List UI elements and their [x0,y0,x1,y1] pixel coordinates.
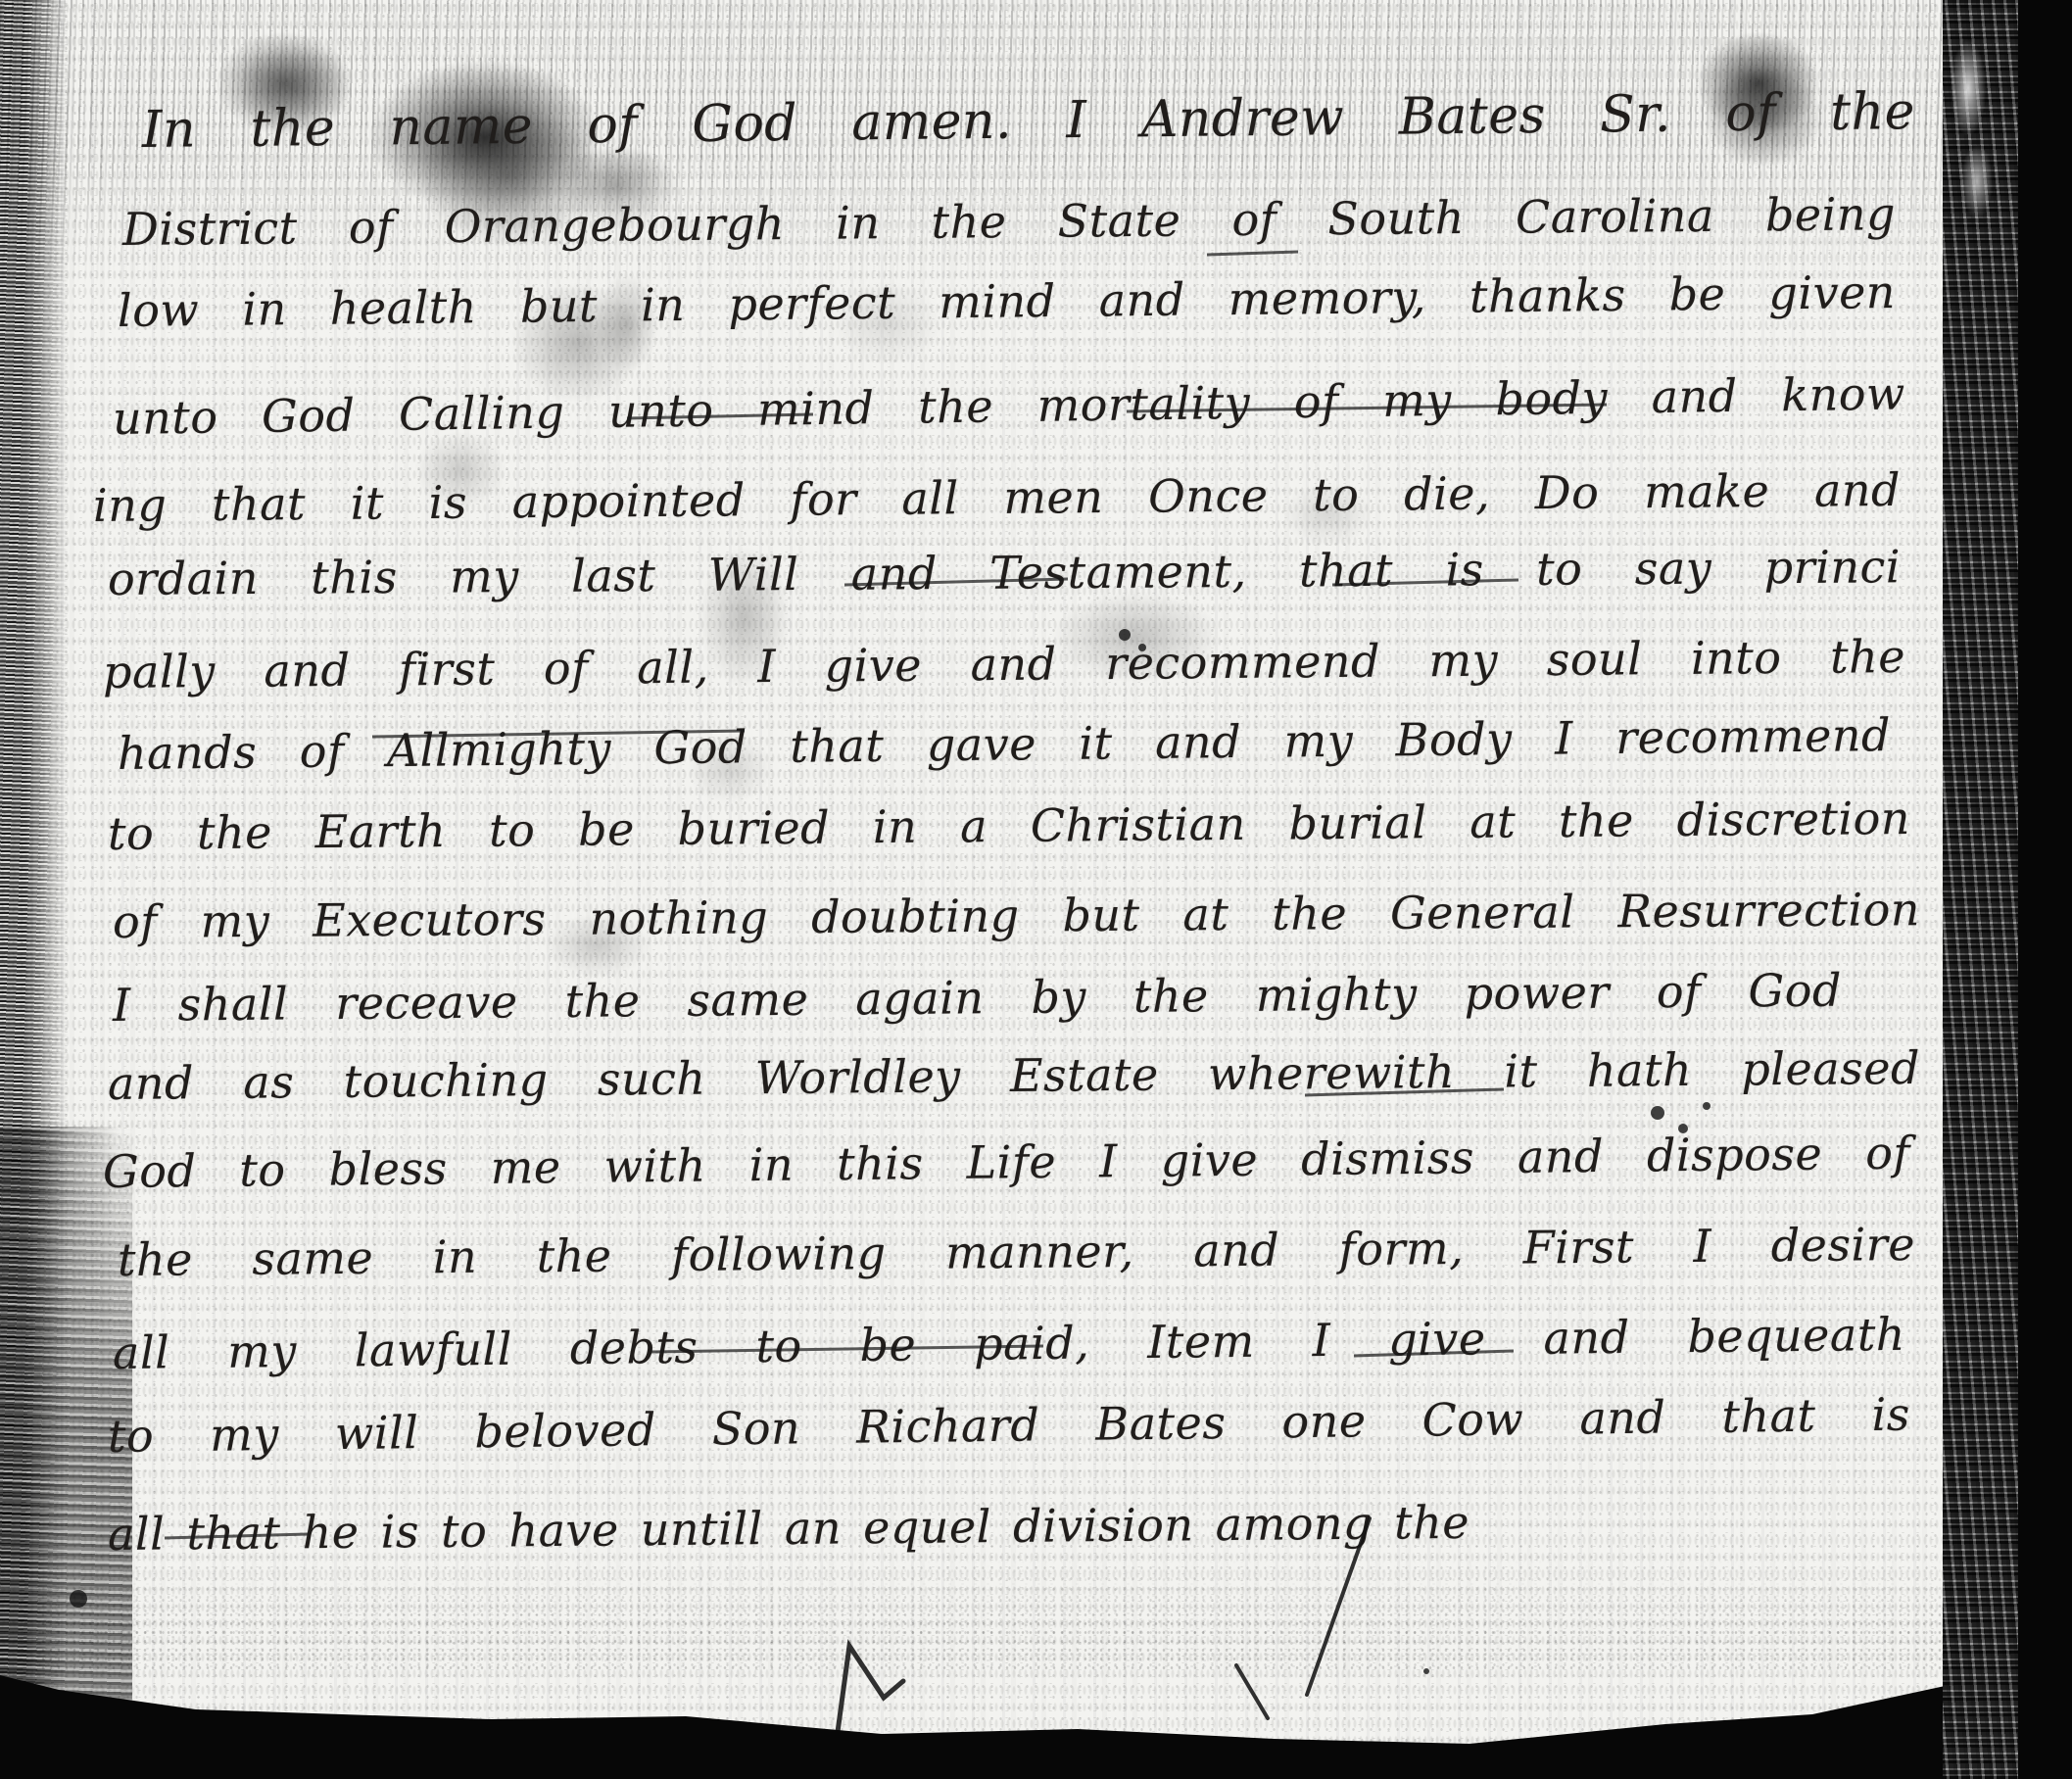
manuscript-line: to the Earth to be buried in a Christian… [108,790,1910,864]
manuscript-line: the same in the following manner, and fo… [118,1216,1915,1290]
manuscript-line: District of Orangebourgh in the State of… [122,185,1896,260]
manuscript-line: all that he is to have untill an equel d… [108,1494,1470,1564]
slash-ink-mark [1236,1665,1268,1718]
manuscript-line: unto God Calling unto mind the mortality… [113,364,1906,448]
manuscript-line: ing that it is appointed for all men Onc… [93,461,1901,536]
manuscript-line: low in health but in perfect mind and me… [118,264,1897,341]
manuscript-line: of my Executors nothing doubting but at … [113,881,1920,952]
right-scanner-black-area [2018,0,2072,1779]
caret-ink-mark [835,1646,903,1754]
manuscript-line: to my will beloved Son Richard Bates one… [108,1386,1911,1466]
manuscript-line: I shall receave the same again by the mi… [113,962,1842,1035]
manuscript-line: all my lawfull debts to be paid, Item I … [113,1306,1906,1383]
right-page-edge-texture [1943,0,2023,1779]
bottom-scanner-black-area [0,1656,2072,1779]
manuscript-line: In the name of God amen. I Andrew Bates … [142,79,1916,165]
manuscript-line: pally and first of all, I give and recom… [103,628,1905,702]
scanned-manuscript-page: In the name of God amen. I Andrew Bates … [0,0,2072,1779]
bottom-edge-scan-noise [39,1558,1959,1670]
manuscript-line: and as touching such Worldley Estate whe… [108,1039,1920,1114]
manuscript-line: God to bless me with in this Life I give… [103,1125,1911,1202]
left-torn-edge [0,0,71,1779]
manuscript-line: ordain this my last Will and Testament, … [108,538,1901,609]
manuscript-line: hands of Allmighty God that gave it and … [118,706,1892,784]
